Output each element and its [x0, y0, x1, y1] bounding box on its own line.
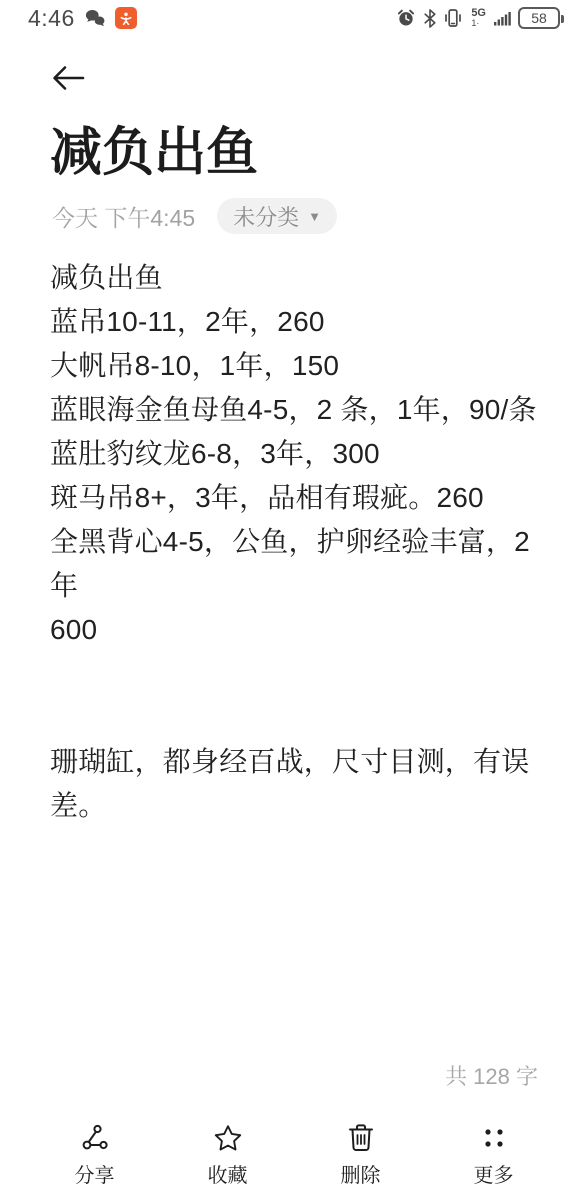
status-time: 4:46	[28, 5, 75, 32]
note-line: 蓝肚豹纹龙6-8，3年，300	[50, 432, 544, 476]
alarm-icon	[396, 8, 416, 28]
share-button[interactable]: 分享	[28, 1114, 161, 1194]
note-line: 蓝吊10-11，2年，260	[50, 300, 544, 344]
category-label: 未分类	[233, 201, 299, 232]
note-line: 斑马吊8+，3年，品相有瑕疵。260	[50, 476, 544, 520]
app-notification-icon	[115, 7, 137, 29]
note-line: 600	[50, 608, 544, 652]
more-button[interactable]: 更多	[427, 1114, 560, 1194]
note-line: 珊瑚缸，都身经百战，尺寸目测，有误	[50, 740, 544, 784]
note-line: 减负出鱼	[50, 256, 544, 300]
trash-icon	[345, 1122, 377, 1154]
share-icon	[79, 1122, 111, 1154]
more-icon	[478, 1122, 510, 1154]
note-body[interactable]: 减负出鱼蓝吊10-11，2年，260大帆吊8-10，1年，150蓝眼海金鱼母鱼4…	[50, 256, 544, 828]
note-line: 差。	[50, 784, 544, 828]
favorite-label: 收藏	[208, 1159, 248, 1188]
note-line: 全黑背心4-5，公鱼，护卵经验丰富，2年	[50, 520, 544, 608]
more-label: 更多	[474, 1159, 514, 1188]
wechat-notification-icon	[84, 8, 106, 28]
vibrate-icon	[444, 8, 462, 28]
note-line	[50, 696, 544, 740]
network-type-label: 5G 1·	[471, 8, 486, 28]
bottom-toolbar: 分享 收藏 删除	[0, 1114, 588, 1200]
signal-strength-icon	[493, 9, 511, 27]
category-dropdown[interactable]: 未分类 ▼	[217, 198, 337, 234]
bluetooth-icon	[423, 9, 437, 28]
share-label: 分享	[75, 1159, 115, 1188]
status-bar: 4:46	[0, 0, 588, 34]
favorite-button[interactable]: 收藏	[161, 1114, 294, 1194]
delete-button[interactable]: 删除	[294, 1114, 427, 1194]
notes-app-screen: 4:46	[0, 0, 588, 1200]
note-title[interactable]: 减负出鱼	[50, 122, 548, 184]
note-timestamp: 今天 下午4:45	[52, 200, 195, 233]
note-line: 大帆吊8-10，1年，150	[50, 344, 544, 388]
back-button[interactable]	[46, 56, 90, 100]
delete-label: 删除	[341, 1159, 381, 1188]
star-icon	[212, 1122, 244, 1154]
chevron-down-icon: ▼	[308, 209, 321, 224]
note-line: 蓝眼海金鱼母鱼4-5，2 条，1年，90/条	[50, 388, 544, 432]
battery-icon: 58	[518, 7, 560, 29]
note-line	[50, 652, 544, 696]
word-count: 共 128 字	[445, 1062, 538, 1092]
note-meta-row: 今天 下午4:45 未分类 ▼	[52, 198, 548, 234]
